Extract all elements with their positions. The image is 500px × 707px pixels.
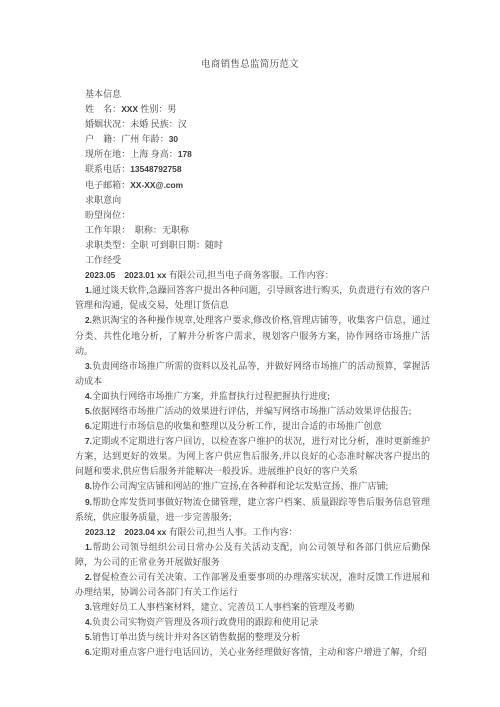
paragraph: 2.熟识淘宝的各种操作规章,处理客户要求,修改价格,管理店铺等，收集客户信息，通… [75, 313, 430, 358]
latin-text: 6. [85, 421, 92, 431]
paragraph: 9.帮助仓库发货同事做好物流仓储管理，建立客户档案、质量跟踪等售后服务信息管理系… [75, 495, 430, 525]
latin-text: 6. [85, 647, 92, 657]
latin-text: 3. [85, 602, 92, 612]
resume-document-page: 电商销售总监简历范文 基本信息姓 名：XXX 性别：男婚姻状况：未婚 民族：汉户… [0, 0, 500, 707]
paragraph: 联系电话：13548792758 [75, 162, 430, 177]
paragraph: 4.全面执行网络市场推广方案，并监督执行过程把握执行进度; [75, 389, 430, 404]
latin-text: 7. [85, 436, 92, 446]
latin-text: 2023.04 [124, 527, 154, 537]
latin-text: xx [157, 527, 166, 537]
paragraph: 婚姻状况：未婚 民族：汉 [75, 117, 430, 132]
latin-text: 30 [169, 134, 178, 144]
latin-text: 3. [85, 361, 92, 371]
paragraph: 4.负责公司实物资产管理及各项行政费用的跟踪和使用记录 [75, 615, 430, 630]
paragraph: 2.督促检查公司有关决策、工作部署及重要事项的办理落实状况，准时反馈工作进展和办… [75, 570, 430, 600]
latin-text: xx [157, 270, 166, 280]
paragraph: 工作年限： 职称：无职称 [75, 223, 430, 238]
paragraph: 3.负责网络市场推广所需的资料以及礼品等，并做好网络市场推广的活动预算，掌握活动… [75, 359, 430, 389]
paragraph: 姓 名：XXX 性别：男 [75, 102, 430, 117]
paragraph: 7.定期或不定期进行客户回访，以检查客户维护的状况，进行对比分析，准时更新维护方… [75, 434, 430, 479]
latin-text: 178 [178, 149, 192, 159]
paragraph: 6.定期进行市场信息的收集和整理以及分析工作，提出合适的市场推广创意 [75, 419, 430, 434]
latin-text: XX-XX@.com [130, 180, 183, 190]
latin-text: 5. [85, 632, 92, 642]
latin-text: 2. [85, 315, 92, 325]
latin-text: 1. [85, 285, 92, 295]
latin-text: 9. [85, 497, 92, 507]
paragraph: 现所在地：上海 身高：178 [75, 147, 430, 162]
paragraph: 5.销售订单出货与统计并对各区销售数据的整理及分析 [75, 630, 430, 645]
paragraph: 1.帮助公司领导组织公司日常办公及有关活动支配，向公司领导和各部门供应后勤保障，… [75, 540, 430, 570]
section-heading: 基本信息 [75, 87, 430, 102]
paragraph: 8.协作公司淘宝店铺和网站的'推广宣扬,在各种群和论坛发贴宣扬、推广店铺; [75, 479, 430, 494]
paragraph: 盼望岗位： [75, 208, 430, 223]
paragraph: 2023.12 2023.04 xx 有限公司,担当人事。工作内容： [75, 525, 430, 540]
paragraph: 3.管理好员工人事档案材料，建立、完善员工人事档案的管理及考勤 [75, 600, 430, 615]
latin-text: 4. [85, 391, 92, 401]
latin-text: 13548792758 [130, 164, 181, 174]
document-title: 电商销售总监简历范文 [0, 0, 500, 70]
latin-text: 2. [85, 572, 92, 582]
document-body: 基本信息姓 名：XXX 性别：男婚姻状况：未婚 民族：汉户 籍：广州 年龄：30… [0, 87, 500, 661]
latin-text: 4. [85, 617, 92, 627]
paragraph: 1.通过谈天软件,急躁回答客户提出各种问题，引导顾客进行购买，负责进行有效的客户… [75, 283, 430, 313]
latin-text: XXX [121, 104, 138, 114]
section-heading: 工作经受 [75, 253, 430, 268]
latin-text: 2023.01 [124, 270, 154, 280]
paragraph: 求职类型：全职 可到职日期：随时 [75, 238, 430, 253]
paragraph: 5.依据网络市场推广活动的效果进行评估，并编写网络市场推广活动效果评估报告; [75, 404, 430, 419]
latin-text: 1. [85, 542, 92, 552]
paragraph: 户 籍：广州 年龄：30 [75, 132, 430, 147]
paragraph: 2023.05 2023.01 xx 有限公司,担当电子商务客服。工作内容： [75, 268, 430, 283]
section-heading: 求职意向 [75, 193, 430, 208]
latin-text: 2023.05 [85, 270, 115, 280]
paragraph: 电子邮箱：XX-XX@.com [75, 178, 430, 193]
latin-text: 2023.12 [85, 527, 115, 537]
latin-text: 8. [85, 481, 92, 491]
latin-text: 5. [85, 406, 92, 416]
paragraph: 6.定期对重点客户进行电话回访，关心业务经理做好客情，主动和客户增进了解，介绍 [75, 645, 430, 660]
